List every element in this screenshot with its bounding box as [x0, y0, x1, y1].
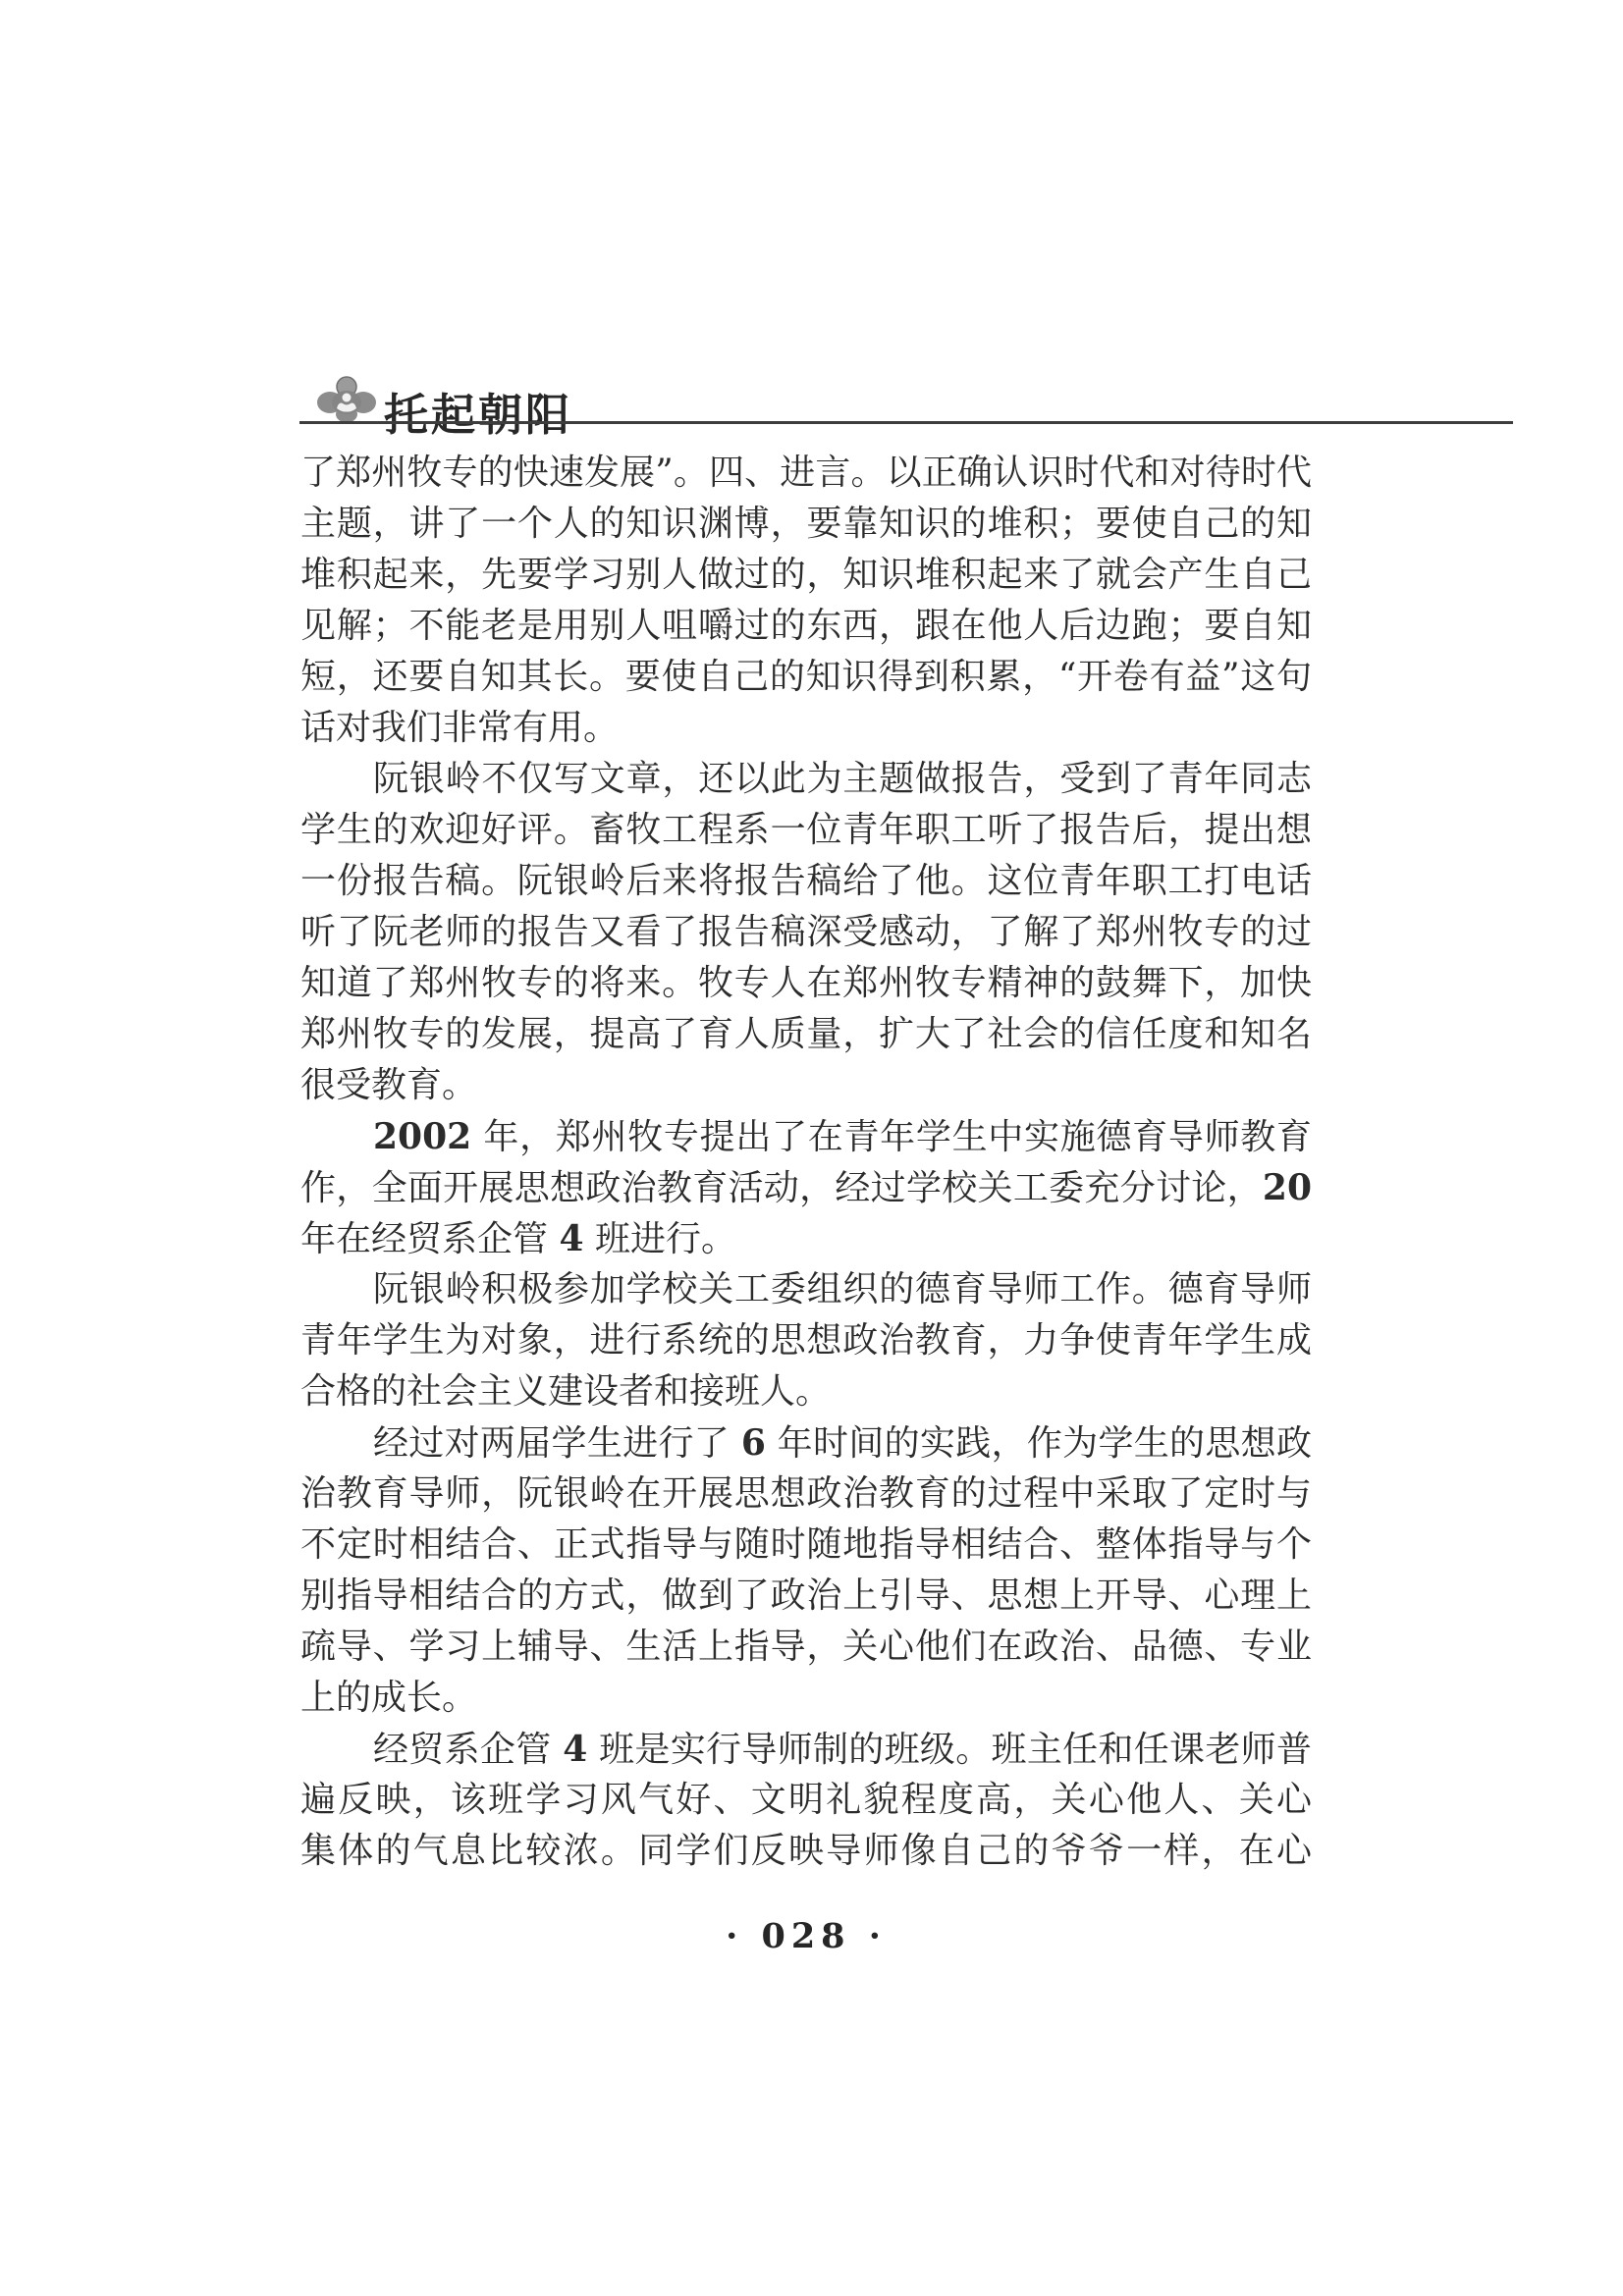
text-line: 遍反映，该班学习风气好、文明礼貌程度高，关心他人、关心: [300, 1775, 1312, 1826]
body-text: 了郑州牧专的快速发展”。四、进言。以正确认识时代和对待时代为主题，讲了一个人的知…: [300, 448, 1312, 1877]
text-line: 治教育导师，阮银岭在开展思想政治教育的过程中采取了定时与: [300, 1468, 1312, 1520]
text-line: 很受教育。: [300, 1060, 1312, 1111]
text-line: 见解；不能老是用别人咀嚼过的东西，跟在他人后边跑；要自知其: [300, 601, 1312, 652]
text-line: 了郑州牧专的快速发展”。四、进言。以正确认识时代和对待时代为: [300, 448, 1312, 499]
header-divider: [299, 421, 1513, 424]
text-line: 上的成长。: [300, 1673, 1312, 1724]
text-line: 学生的欢迎好评。畜牧工程系一位青年职工听了报告后，提出想要: [300, 805, 1312, 856]
child-in-hands-logo-icon: [315, 376, 378, 423]
text-line: 作，全面开展思想政治教育活动，经过学校关工委充分讨论，2003: [300, 1162, 1312, 1213]
page-number: · 028 ·: [300, 1916, 1312, 1956]
text-line: 知道了郑州牧专的将来。牧专人在郑州牧专精神的鼓舞下，加快了: [300, 958, 1312, 1009]
text-line: 2002 年，郑州牧专提出了在青年学生中实施德育导师教育工: [300, 1111, 1312, 1162]
text-line: 经过对两届学生进行了 6 年时间的实践，作为学生的思想政: [300, 1417, 1312, 1468]
text-line: 话对我们非常有用。: [300, 703, 1312, 754]
text-line: 合格的社会主义建设者和接班人。: [300, 1366, 1312, 1417]
book-page: 托起朝阳 了郑州牧专的快速发展”。四、进言。以正确认识时代和对待时代为主题，讲了…: [0, 0, 1623, 2296]
text-line: 短，还要自知其长。要使自己的知识得到积累，“开卷有益”这句: [300, 652, 1312, 703]
text-line: 阮银岭积极参加学校关工委组织的德育导师工作。德育导师以: [300, 1264, 1312, 1315]
text-line: 主题，讲了一个人的知识渊博，要靠知识的堆积；要使自己的知识: [300, 499, 1312, 550]
text-line: 经贸系企管 4 班是实行导师制的班级。班主任和任课老师普: [300, 1724, 1312, 1775]
page-header-title: 托起朝阳: [384, 379, 572, 443]
text-line: 堆积起来，先要学习别人做过的，知识堆积起来了就会产生自己的: [300, 550, 1312, 601]
text-line: 集体的气息比较浓。同学们反映导师像自己的爷爷一样，在心: [300, 1826, 1312, 1877]
text-line: 听了阮老师的报告又看了报告稿深受感动，了解了郑州牧专的过去，: [300, 907, 1312, 958]
text-line: 阮银岭不仅写文章，还以此为主题做报告，受到了青年同志和: [300, 754, 1312, 805]
text-line: 不定时相结合、正式指导与随时随地指导相结合、整体指导与个: [300, 1520, 1312, 1571]
text-line: 郑州牧专的发展，提高了育人质量，扩大了社会的信任度和知名度，: [300, 1009, 1312, 1060]
text-line: 别指导相结合的方式，做到了政治上引导、思想上开导、心理上: [300, 1571, 1312, 1622]
text-line: 疏导、学习上辅导、生活上指导，关心他们在政治、品德、专业: [300, 1622, 1312, 1673]
text-line: 一份报告稿。阮银岭后来将报告稿给了他。这位青年职工打电话说：: [300, 856, 1312, 907]
text-line: 年在经贸系企管 4 班进行。: [300, 1213, 1312, 1264]
text-line: 青年学生为对象，进行系统的思想政治教育，力争使青年学生成为: [300, 1315, 1312, 1366]
